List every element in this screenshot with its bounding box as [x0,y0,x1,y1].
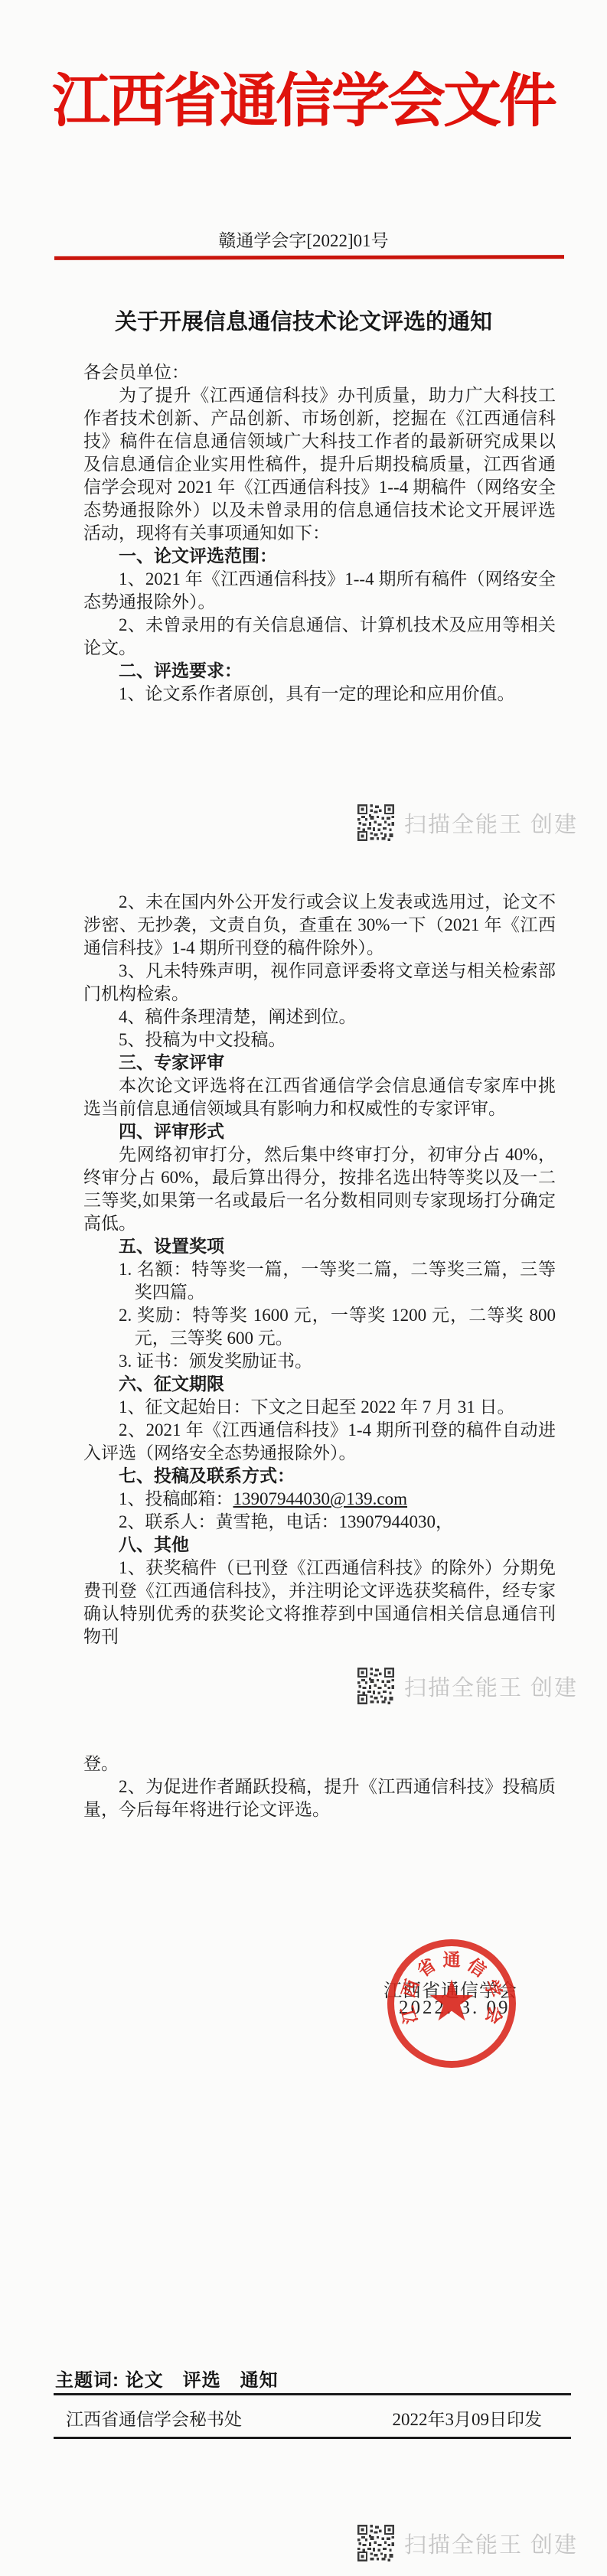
email-label: 1、投稿邮箱： [119,1489,233,1508]
footer-divider-bottom [54,2437,571,2439]
official-seal-stamp: ★ 江 西 省 通 信 学 会 [387,1939,516,2068]
footer-keywords: 主题词: 论文 评选 通知 [55,2365,279,2392]
section-6-item: 1、征文起始日：下文之日起至 2022 年 7 月 31 日。 [83,1396,556,1419]
footer-issue-row: 江西省通信学会秘书处 2022年3月09日印发 [66,2405,542,2431]
watermark-text: 扫描全能王 创建 [404,807,578,839]
section-6-item: 2、2021 年《江西通信科技》1-4 期所刊登的稿件自动进入评选（网络安全态势… [83,1419,556,1465]
body-page-3: 登。 2、为促进作者踊跃投稿，提升《江西通信科技》投稿质量，今后每年将进行论文评… [83,1753,556,1821]
section-5-heading: 五、设置奖项 [83,1235,556,1258]
watermark-text: 扫描全能王 创建 [404,2528,578,2559]
body-page-2: 2、未在国内外公开发行或会议上发表或选用过，论文不涉密、无抄袭，文责自负，查重在… [83,891,556,1648]
footer-issuer: 江西省通信学会秘书处 [66,2405,242,2431]
red-divider-rule [54,255,564,260]
section-8-item: 2、为促进作者踊跃投稿，提升《江西通信科技》投稿质量，今后每年将进行论文评选。 [83,1775,556,1821]
section-5-item: 1. 名额：特等奖一篇，一等奖二篇，二等奖三篇，三等奖四篇。 [83,1258,556,1304]
scanned-document-page: 江西省通信学会文件 赣通学会字[2022]01号 关于开展信息通信技术论文评选的… [0,0,607,2576]
section-2-item: 3、凡未特殊声明，视作同意评委将文章送与相关检索部门机构检索。 [83,960,556,1006]
qr-code-icon [357,1667,394,1705]
section-2-item: 2、未在国内外公开发行或会议上发表或选用过，论文不涉密、无抄袭，文责自负，查重在… [83,891,556,960]
footer-print-date: 2022年3月09日印发 [393,2405,543,2431]
qr-code-icon [357,804,394,842]
section-1-item: 1、2021 年《江西通信科技》1--4 期所有稿件（网络安全态势通报除外）。 [83,568,556,614]
section-1-item: 2、未曾录用的有关信息通信、计算机技术及应用等相关论文。 [83,614,556,660]
notice-title: 关于开展信息通信技术论文评选的通知 [0,305,607,336]
seal-star-icon: ★ [426,1973,477,2030]
salutation: 各会员单位： [83,361,556,384]
section-6-heading: 六、征文期限 [83,1373,556,1396]
scanner-watermark: 扫描全能王 创建 [357,1667,578,1705]
section-3-paragraph: 本次论文评选将在江西省通信学会信息通信专家库中挑选当前信息通信领域具有影响力和权… [83,1074,556,1120]
document-header-title: 江西省通信学会文件 [0,70,607,135]
section-1-heading: 一、论文评选范围： [83,545,556,568]
section-8-heading: 八、其他 [83,1534,556,1557]
section-8-item-continuation: 登。 [83,1753,556,1775]
section-2-heading: 二、评选要求： [83,660,556,683]
section-7-heading: 七、投稿及联系方式： [83,1465,556,1488]
section-5-item: 2. 奖励：特等奖 1600 元，一等奖 1200 元，二等奖 800 元，三等… [83,1304,556,1350]
section-2-item: 1、论文系作者原创，具有一定的理论和应用价值。 [83,683,556,706]
section-8-item: 1、获奖稿件（已刊登《江西通信科技》的除外）分期免费刊登《江西通信科技》，并注明… [83,1557,556,1648]
intro-paragraph: 为了提升《江西通信科技》办刊质量，助力广大科技工作者技术创新、产品创新、市场创新… [83,384,556,545]
section-5-item: 3. 证书：颁发奖励证书。 [83,1350,556,1373]
scanner-watermark: 扫描全能王 创建 [357,804,578,842]
footer-divider-top [54,2393,571,2395]
section-4-paragraph: 先网络初审打分，然后集中终审打分，初审分占 40%，终审分占 60%，最后算出得… [83,1143,556,1235]
seal-ring-char: 通 [443,1952,461,1969]
scanner-watermark: 扫描全能王 创建 [357,2524,578,2562]
section-7-email-line: 1、投稿邮箱：13907944030@139.com [83,1488,556,1511]
document-number: 赣通学会字[2022]01号 [0,227,607,252]
section-3-heading: 三、专家评审 [83,1052,556,1074]
watermark-text: 扫描全能王 创建 [404,1671,578,1702]
submission-email: 13907944030@139.com [233,1489,408,1508]
section-4-heading: 四、评审形式 [83,1120,556,1143]
section-2-item: 4、稿件条理清楚，阐述到位。 [83,1006,556,1029]
section-2-item: 5、投稿为中文投稿。 [83,1029,556,1052]
body-page-1: 各会员单位： 为了提升《江西通信科技》办刊质量，助力广大科技工作者技术创新、产品… [83,361,556,706]
qr-code-icon [357,2524,394,2562]
section-7-contact-line: 2、联系人：黄雪艳，电话：13907944030， [83,1511,556,1534]
